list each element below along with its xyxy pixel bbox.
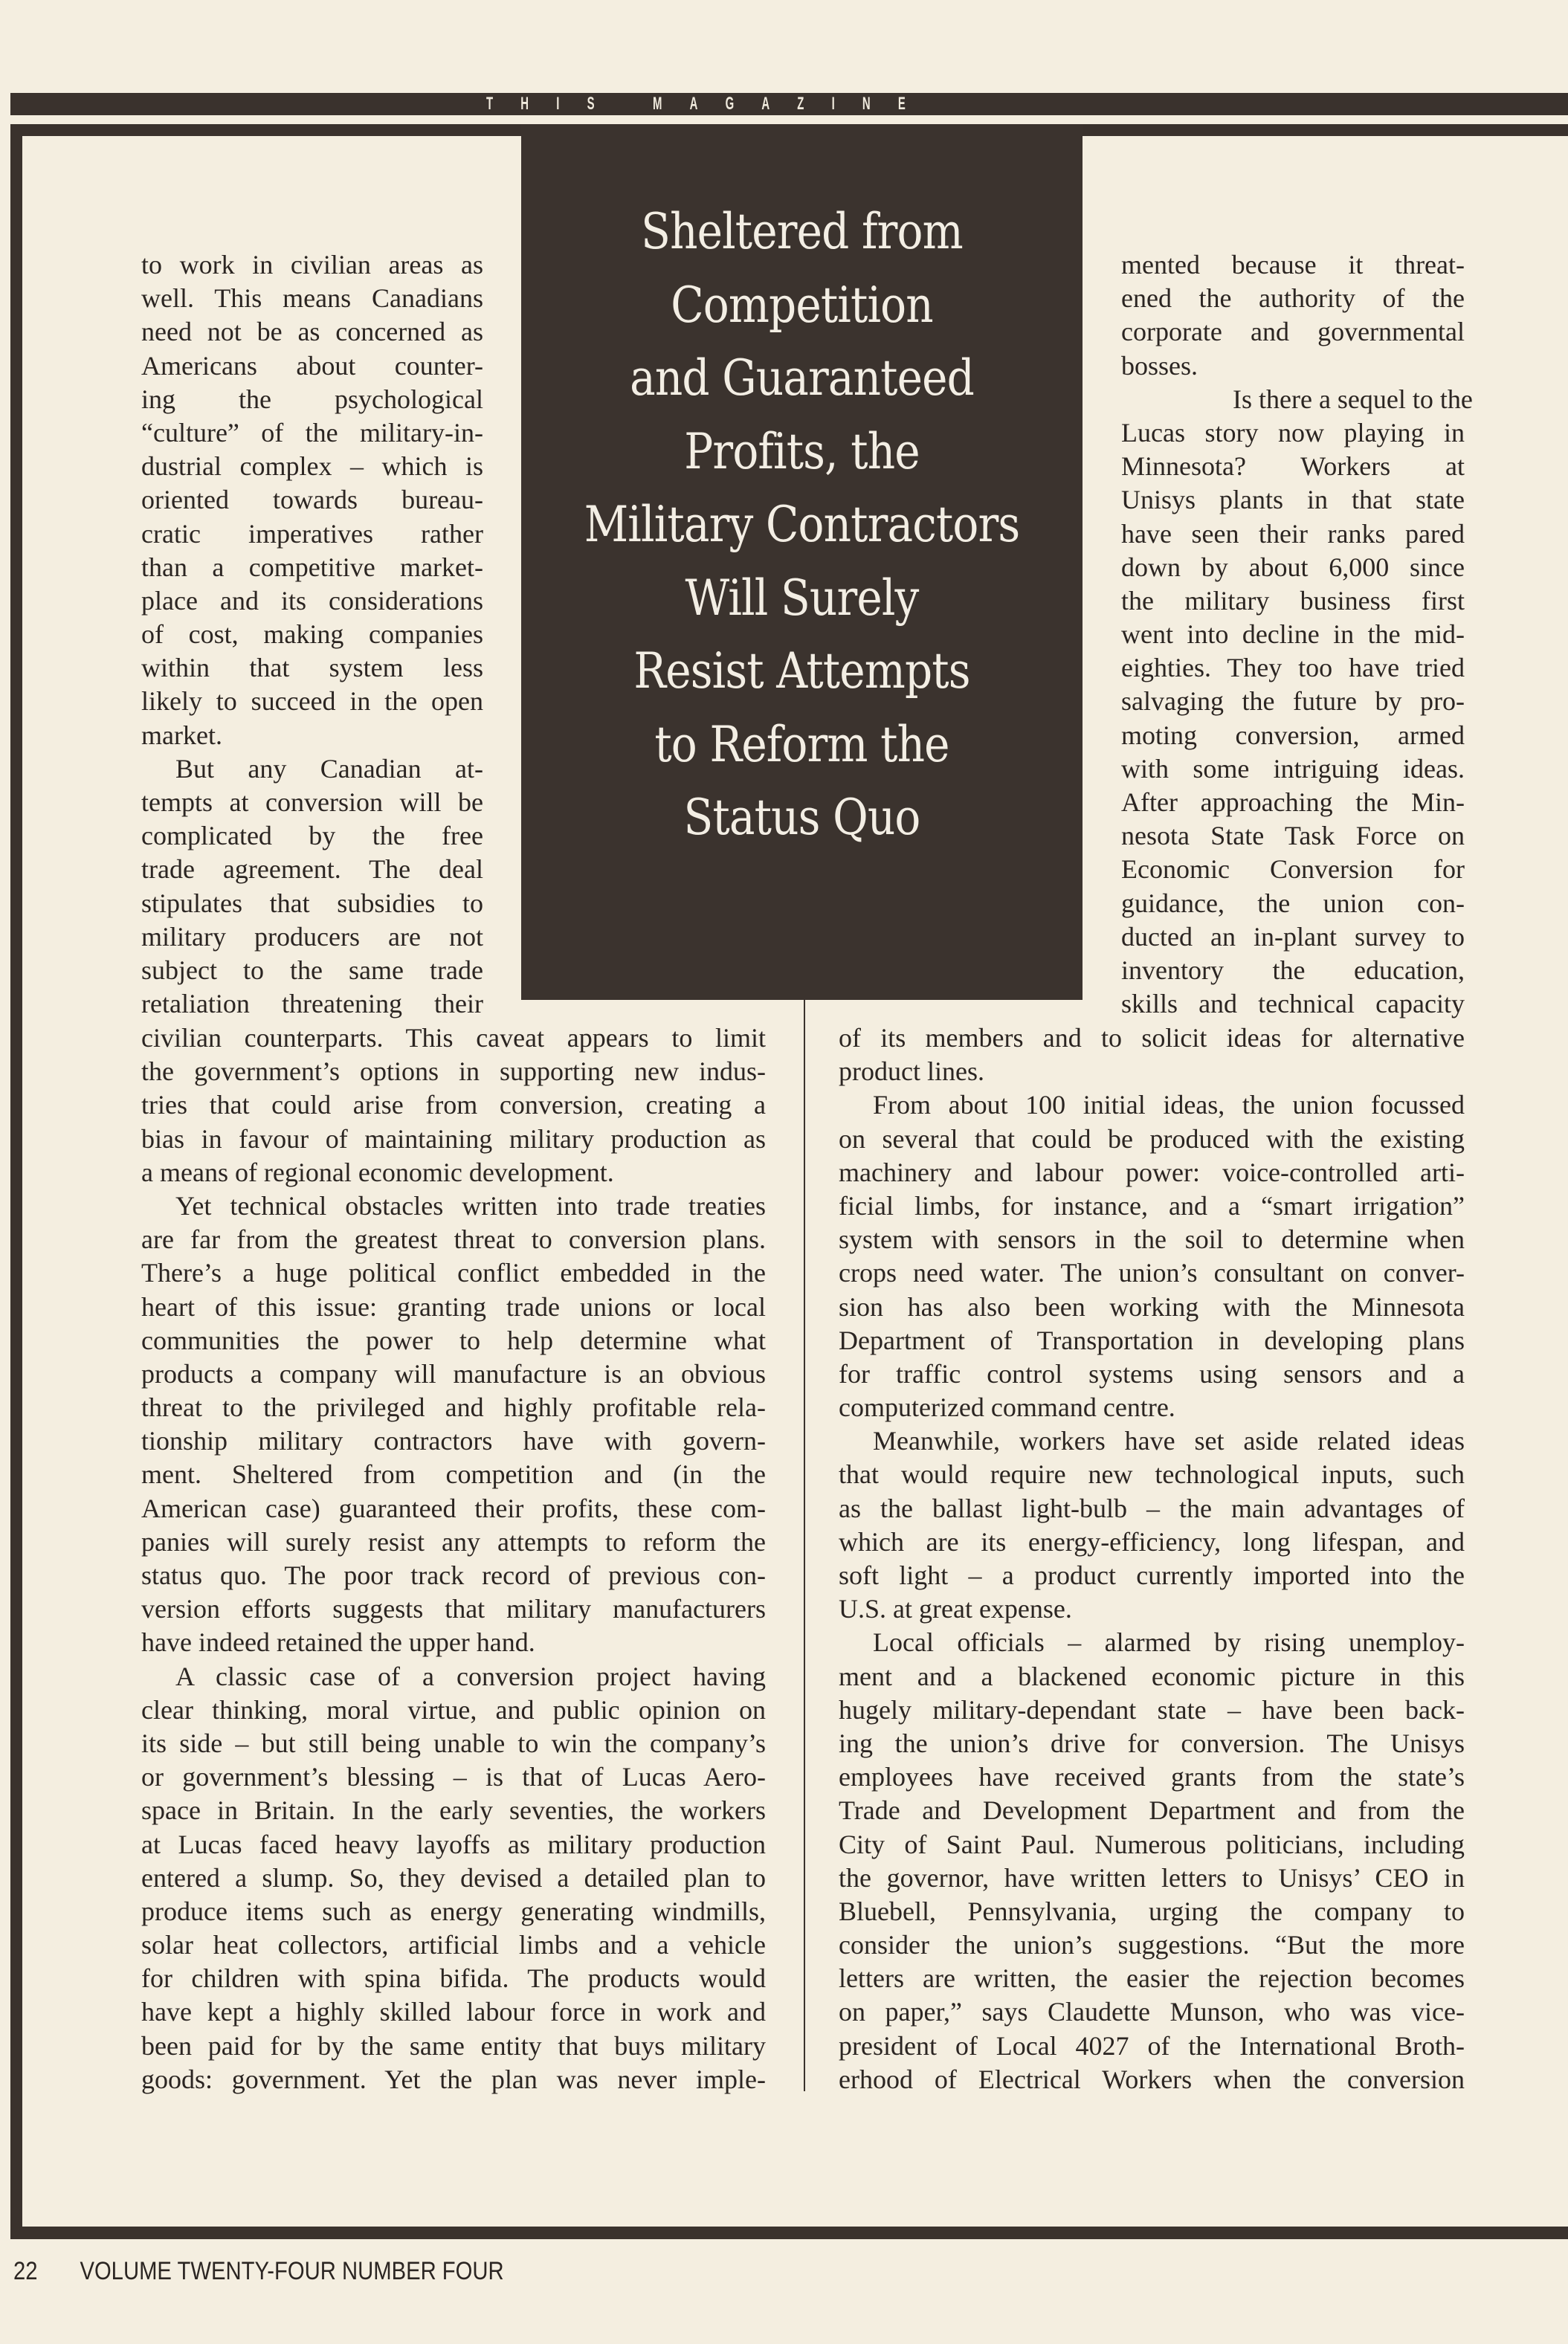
text-line: at Lucas faced heavy layoffs as military…	[141, 1828, 766, 1862]
text-line: of its members and to solicit ideas for …	[839, 1021, 1465, 1055]
right-column-wide: of its members and to solicit ideas for …	[839, 1021, 1465, 2096]
text-line: crops need water. The union’s consultant…	[839, 1256, 1465, 1290]
text-line: went into decline in the mid-	[1121, 618, 1465, 651]
text-line: the government’s options in supporting n…	[141, 1055, 766, 1088]
text-line: solar heat collectors, artificial limbs …	[141, 1928, 766, 1962]
text-line: A classic case of a conversion project h…	[141, 1660, 766, 1694]
text-line: for traffic control systems using sensor…	[839, 1357, 1465, 1391]
frame-left-rule	[10, 124, 22, 2239]
issue-label: VOLUME TWENTY-FOUR NUMBER FOUR	[80, 2257, 503, 2285]
pull-quote-line: Military Contractors	[555, 488, 1048, 562]
text-line: But any Canadian at-	[141, 752, 483, 786]
left-column-narrow: to work in civilian areas as well. This …	[141, 248, 483, 1021]
text-line: system with sensors in the soil to deter…	[839, 1223, 1465, 1256]
text-line: ducted an in-plant survey to	[1121, 920, 1465, 954]
text-line: as the ballast light-bulb – the main adv…	[839, 1492, 1465, 1525]
masthead-title: THIS MAGAZINE	[486, 93, 933, 115]
text-line: There’s a huge political conflict embedd…	[141, 1256, 766, 1290]
text-line: ing the union’s drive for conversion. Th…	[839, 1727, 1465, 1760]
text-line: threat to the privileged and highly prof…	[141, 1391, 766, 1424]
text-line: version efforts suggests that military m…	[141, 1592, 766, 1626]
text-line: American case) guaranteed their profits,…	[141, 1492, 766, 1525]
text-line: produce items such as energy generating …	[141, 1895, 766, 1928]
text-line: status quo. The poor track record of pre…	[141, 1559, 766, 1592]
text-line: From about 100 initial ideas, the union …	[839, 1088, 1465, 1122]
text-line: tempts at conversion will be	[141, 786, 483, 819]
text-line: well. This means Canadians	[141, 282, 483, 315]
text-line: bosses.	[1121, 349, 1465, 383]
text-line: oriented towards bureau-	[141, 483, 483, 517]
text-line: its side – but still being unable to win…	[141, 1727, 766, 1760]
text-line: than a competitive market-	[141, 551, 483, 584]
text-line: ment and a blackened economic picture in…	[839, 1660, 1465, 1694]
text-line: employees have received grants from the …	[839, 1760, 1465, 1794]
text-line: goods: government. Yet the plan was neve…	[141, 2063, 766, 2096]
text-line: likely to succeed in the open	[141, 685, 483, 718]
text-line: of cost, making companies	[141, 618, 483, 651]
text-line: clear thinking, moral virtue, and public…	[141, 1694, 766, 1727]
text-line: president of Local 4027 of the Internati…	[839, 2030, 1465, 2063]
text-line: product lines.	[839, 1055, 1465, 1088]
text-line: bias in favour of maintaining military p…	[141, 1123, 766, 1156]
page-footer: 22VOLUME TWENTY-FOUR NUMBER FOUR	[13, 2257, 504, 2286]
text-line: ened the authority of the	[1121, 282, 1465, 315]
text-line: U.S. at great expense.	[839, 1592, 1465, 1626]
text-line: with some intriguing ideas.	[1121, 752, 1465, 786]
text-line: Bluebell, Pennsylvania, urging the compa…	[839, 1895, 1465, 1928]
text-line: have seen their ranks pared	[1121, 517, 1465, 551]
text-line: stipulates that subsidies to	[141, 887, 483, 920]
text-line: on paper,” says Claudette Munson, who wa…	[839, 1995, 1465, 2029]
text-line: mented because it threat-	[1121, 248, 1465, 282]
text-line: heart of this issue: granting trade unio…	[141, 1291, 766, 1324]
text-line: market.	[141, 719, 483, 752]
text-line: ment. Sheltered from competition and (in…	[141, 1458, 766, 1491]
text-line: place and its considerations	[141, 584, 483, 618]
text-line: to work in civilian areas as	[141, 248, 483, 282]
text-line: have indeed retained the upper hand.	[141, 1626, 766, 1659]
text-line: space in Britain. In the early seventies…	[141, 1794, 766, 1827]
text-line: ficial limbs, for instance, and a “smart…	[839, 1189, 1465, 1223]
text-line: on several that could be produced with t…	[839, 1123, 1465, 1156]
text-line: that would require new technological inp…	[839, 1458, 1465, 1491]
text-line: Economic Conversion for	[1121, 853, 1465, 886]
text-line: Meanwhile, workers have set aside relate…	[839, 1424, 1465, 1458]
text-line: “culture” of the military-in-	[141, 416, 483, 450]
text-line: soft light – a product currently importe…	[839, 1559, 1465, 1592]
text-line: the military business first	[1121, 584, 1465, 618]
pull-quote-line: Will Surely	[555, 562, 1048, 636]
text-line: panies will surely resist any attempts t…	[141, 1525, 766, 1559]
text-line: City of Saint Paul. Numerous politicians…	[839, 1828, 1465, 1862]
text-line: within that system less	[141, 651, 483, 685]
text-line: been paid for by the same entity that bu…	[141, 2030, 766, 2063]
frame-bottom-rule	[10, 2227, 1568, 2239]
pull-quote-line: Profits, the	[555, 416, 1048, 489]
text-line: Local officials – alarmed by rising unem…	[839, 1626, 1465, 1659]
text-line: retaliation threatening their	[141, 987, 483, 1021]
text-line: nesota State Task Force on	[1121, 819, 1465, 853]
pull-quote-box: Sheltered from Competition and Guarantee…	[521, 124, 1083, 1000]
text-line: tionship military contractors have with …	[141, 1424, 766, 1458]
text-line: ing the psychological	[141, 383, 483, 416]
text-line: Is there a sequel to the	[1121, 383, 1465, 416]
text-line: Lucas story now playing in	[1121, 416, 1465, 450]
text-line: Department of Transportation in developi…	[839, 1324, 1465, 1357]
page-number: 22	[13, 2257, 80, 2286]
text-line: corporate and governmental	[1121, 315, 1465, 349]
text-line: Americans about counter-	[141, 349, 483, 383]
text-line: inventory the education,	[1121, 954, 1465, 987]
text-line: down by about 6,000 since	[1121, 551, 1465, 584]
text-line: eighties. They too have tried	[1121, 651, 1465, 685]
text-line: have kept a highly skilled labour force …	[141, 1995, 766, 2029]
column-divider	[804, 1000, 805, 2091]
pull-quote-line: Competition	[555, 269, 1048, 343]
text-line: civilian counterparts. This caveat appea…	[141, 1021, 766, 1055]
text-line: consider the union’s suggestions. “But t…	[839, 1928, 1465, 1962]
text-line: trade agreement. The deal	[141, 853, 483, 886]
text-line: computerized command centre.	[839, 1391, 1465, 1424]
pull-quote-line: Sheltered from	[555, 196, 1048, 269]
text-line: need not be as concerned as	[141, 315, 483, 349]
text-line: which are its energy-efficiency, long li…	[839, 1525, 1465, 1559]
text-line: Trade and Development Department and fro…	[839, 1794, 1465, 1827]
text-line: Yet technical obstacles written into tra…	[141, 1189, 766, 1223]
text-line: moting conversion, armed	[1121, 719, 1465, 752]
text-line: tries that could arise from conversion, …	[141, 1088, 766, 1122]
text-line: guidance, the union con-	[1121, 887, 1465, 920]
text-line: military producers are not	[141, 920, 483, 954]
text-line: or government’s blessing – is that of Lu…	[141, 1760, 766, 1794]
text-line: hugely military-dependant state – have b…	[839, 1694, 1465, 1727]
text-line: entered a slump. So, they devised a deta…	[141, 1862, 766, 1895]
text-line: dustrial complex – which is	[141, 450, 483, 483]
text-line: salvaging the future by pro-	[1121, 685, 1465, 718]
text-line: erhood of Electrical Workers when the co…	[839, 2063, 1465, 2096]
text-line: Minnesota? Workers at	[1121, 450, 1465, 483]
pull-quote-text: Sheltered from Competition and Guarantee…	[521, 196, 1083, 855]
text-line: Unisys plants in that state	[1121, 483, 1465, 517]
masthead-bar: THIS MAGAZINE	[10, 93, 1568, 115]
text-line: the governor, have written letters to Un…	[839, 1862, 1465, 1895]
text-line: After approaching the Min-	[1121, 786, 1465, 819]
pull-quote-line: and Guaranteed	[555, 342, 1048, 416]
right-column-narrow: mented because it threat- ened the autho…	[1121, 248, 1465, 1021]
text-line: a means of regional economic development…	[141, 1156, 766, 1189]
text-line: products a company will manufacture is a…	[141, 1357, 766, 1391]
text-line: are far from the greatest threat to conv…	[141, 1223, 766, 1256]
text-line: for children with spina bifida. The prod…	[141, 1962, 766, 1995]
text-line: complicated by the free	[141, 819, 483, 853]
left-column-wide: civilian counterparts. This caveat appea…	[141, 1021, 766, 2096]
pull-quote-line: Resist Attempts	[555, 635, 1048, 708]
text-line: cratic imperatives rather	[141, 517, 483, 551]
text-line: subject to the same trade	[141, 954, 483, 987]
text-line: letters are written, the easier the reje…	[839, 1962, 1465, 1995]
text-line: sion has also been working with the Minn…	[839, 1291, 1465, 1324]
pull-quote-line: Status Quo	[555, 781, 1048, 855]
text-line: skills and technical capacity	[1121, 987, 1465, 1021]
text-line: communities the power to help determine …	[141, 1324, 766, 1357]
text-line: machinery and labour power: voice-contro…	[839, 1156, 1465, 1189]
pull-quote-line: to Reform the	[555, 708, 1048, 782]
